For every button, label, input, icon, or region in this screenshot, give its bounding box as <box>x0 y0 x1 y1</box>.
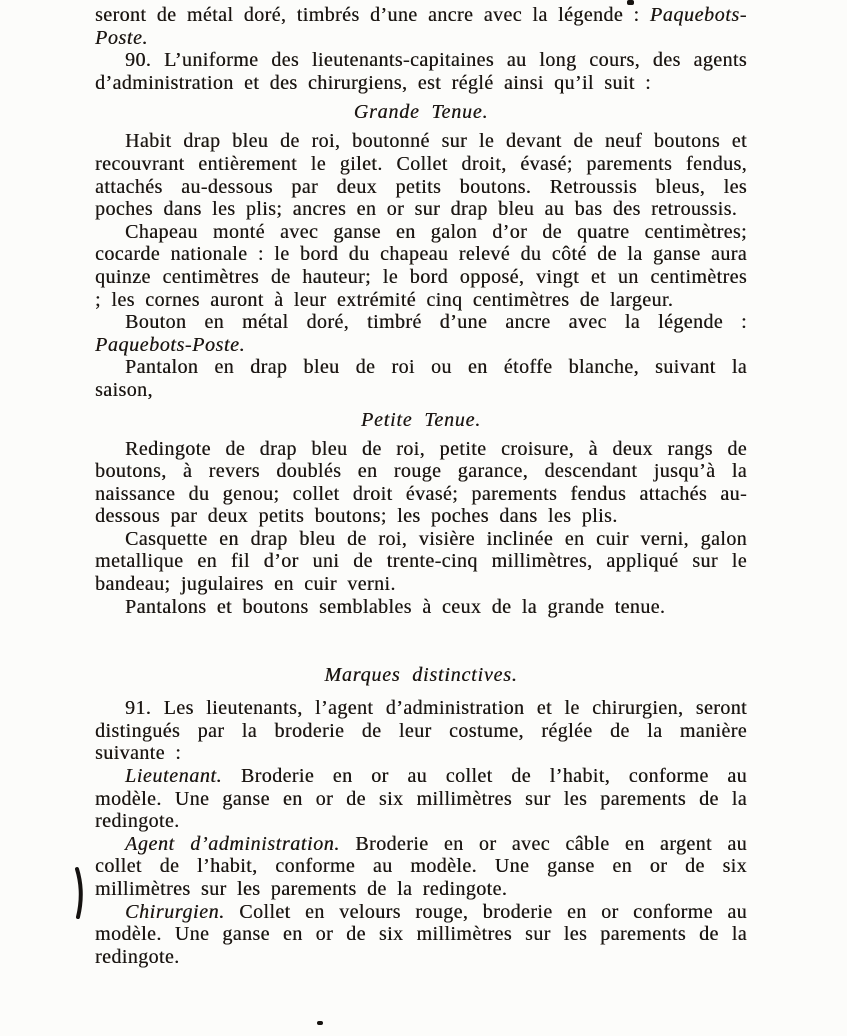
heading-grande-tenue: Grande Tenue. <box>95 101 747 124</box>
paragraph-text: Chapeau monté avec ganse en galon d’or d… <box>95 221 747 311</box>
italic-term-lieutenant: Lieutenant. <box>125 765 222 787</box>
lieutenant-paragraph: Lieutenant. Broderie en or au collet de … <box>95 765 747 833</box>
paragraph-text: Habit drap bleu de roi, boutonné sur le … <box>95 130 747 220</box>
heading-petite-tenue: Petite Tenue. <box>95 409 747 432</box>
bouton-paragraph: Bouton en métal doré, timbré d’une ancre… <box>95 311 747 356</box>
italic-term-chirurgien: Chirurgien. <box>125 901 225 923</box>
ink-blot-artifact <box>74 866 86 920</box>
paragraph-continuation: seront de métal doré, timbrés d’une ancr… <box>95 4 747 49</box>
habit-paragraph: Habit drap bleu de roi, boutonné sur le … <box>95 130 747 220</box>
paragraph-text: Pantalons et boutons semblables à ceux d… <box>125 596 665 618</box>
paragraph-text: Redingote de drap bleu de roi, petite cr… <box>95 438 747 528</box>
paragraph-text: Casquette en drap bleu de roi, visière i… <box>95 528 747 595</box>
italic-term-paquebots-poste: Paquebots-Poste. <box>95 334 245 356</box>
paragraph-text: 90. L’uniforme des lieutenants-capitaine… <box>95 49 747 94</box>
chirurgien-paragraph: Chirurgien. Collet en velours rouge, bro… <box>95 901 747 969</box>
heading-marques-distinctives: Marques distinctives. <box>95 664 747 687</box>
chapeau-paragraph: Chapeau monté avec ganse en galon d’or d… <box>95 221 747 311</box>
italic-term-agent-administration: Agent d’administration. <box>125 833 340 855</box>
scanned-document-page: seront de métal doré, timbrés d’une ancr… <box>0 0 847 1036</box>
pantalon-paragraph: Pantalon en drap bleu de roi ou en étoff… <box>95 356 747 401</box>
casquette-paragraph: Casquette en drap bleu de roi, visière i… <box>95 528 747 596</box>
article-90-paragraph: 90. L’uniforme des lieutenants-capitaine… <box>95 49 747 94</box>
text-column: seront de métal doré, timbrés d’une ancr… <box>95 4 747 968</box>
paragraph-text: 91. Les lieutenants, l’agent d’administr… <box>95 697 747 764</box>
redingote-paragraph: Redingote de drap bleu de roi, petite cr… <box>95 438 747 528</box>
paragraph-text: Bouton en métal doré, timbré d’une ancre… <box>125 311 747 333</box>
agent-administration-paragraph: Agent d’administration. Broderie en or a… <box>95 833 747 901</box>
article-91-paragraph: 91. Les lieutenants, l’agent d’administr… <box>95 697 747 765</box>
paragraph-text: seront de métal doré, timbrés d’une ancr… <box>95 4 650 26</box>
paragraph-text: Pantalon en drap bleu de roi ou en étoff… <box>95 356 747 401</box>
pantalons-boutons-paragraph: Pantalons et boutons semblables à ceux d… <box>95 596 747 619</box>
scan-speck-bottom <box>317 1021 323 1025</box>
